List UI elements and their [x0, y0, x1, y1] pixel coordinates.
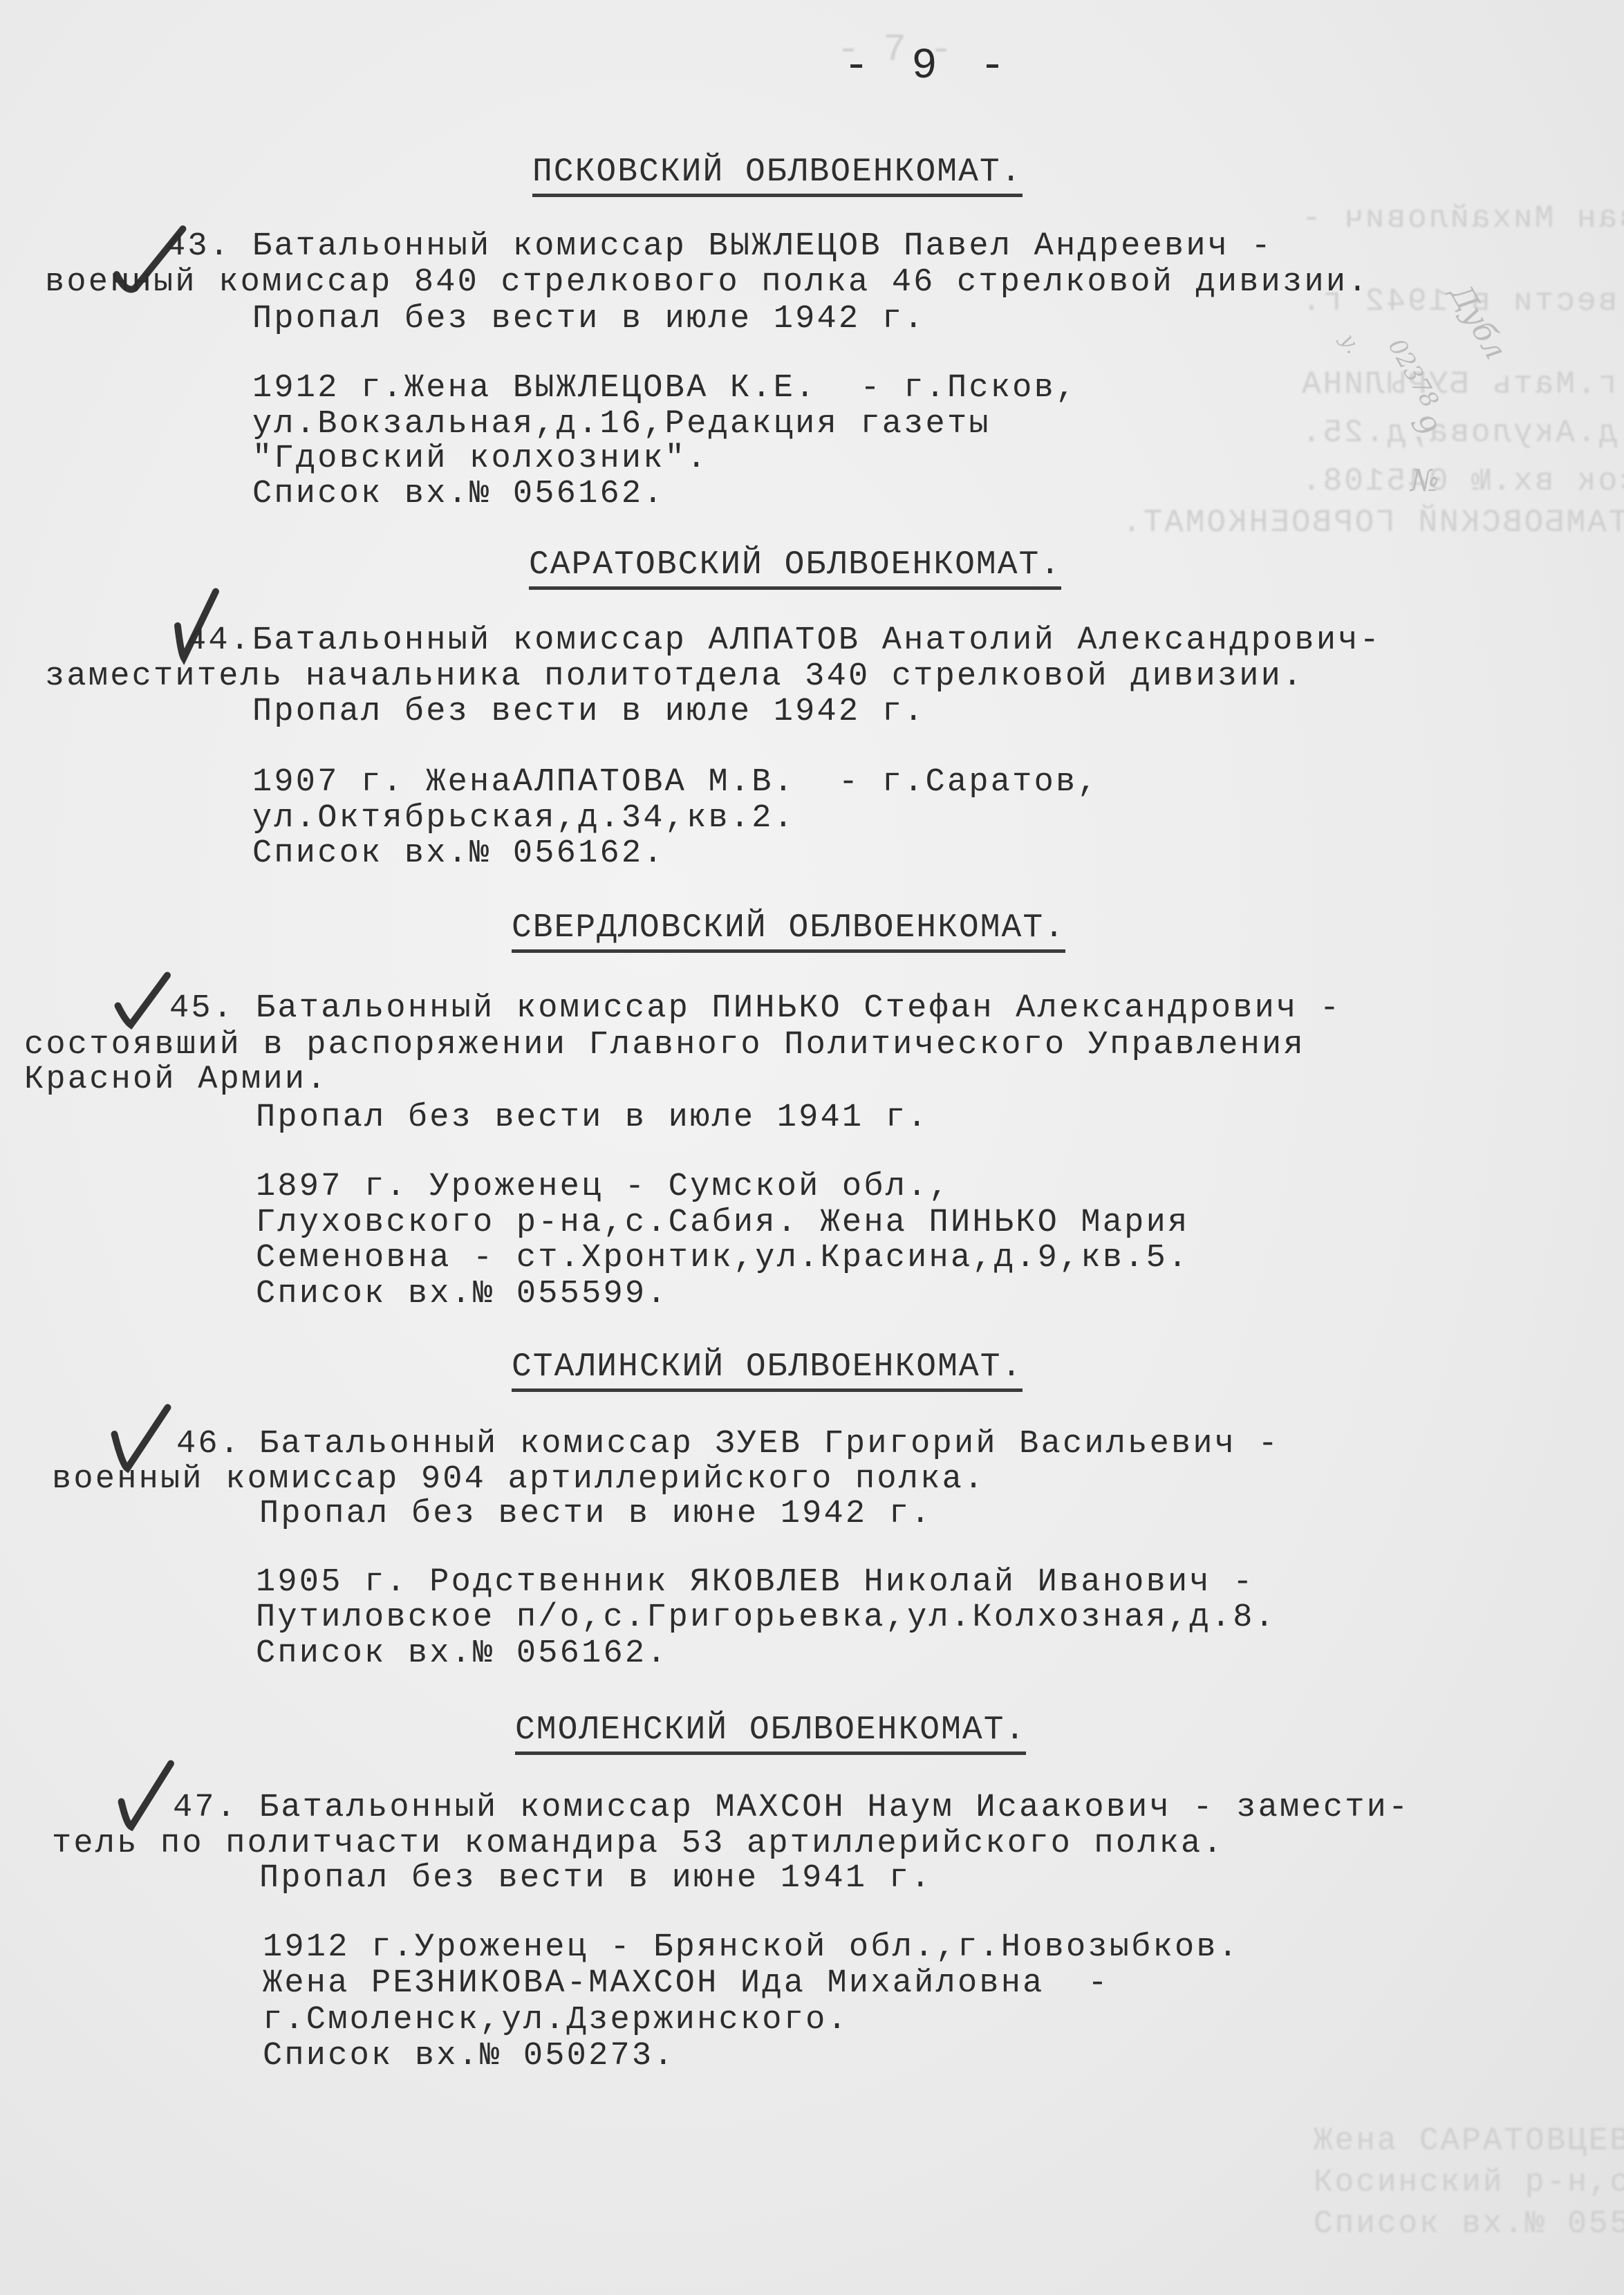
entry-number: 43.: [166, 228, 231, 265]
entry-line: военный комиссар 904 артиллерийского пол…: [52, 1461, 985, 1498]
entry-line: военный комиссар 840 стрелкового полка 4…: [45, 264, 1370, 301]
entry-detail: 1905 г. Родственник ЯКОВЛЕВ Николай Иван…: [256, 1564, 1255, 1601]
entry-line: состоявший в распоряжении Главного Полит…: [24, 1027, 1305, 1063]
entry-line: заместитель начальника политотдела 340 с…: [45, 658, 1304, 695]
entry-detail: 1907 г. ЖенаАЛПАТОВА М.В. - г.Саратов,: [252, 764, 1099, 801]
entry-line: Пропал без вести в июле 1941 г.: [256, 1099, 929, 1136]
entry-line: Батальонный комиссар ПИНЬКО Стефан Алекс…: [256, 990, 1341, 1027]
entry-detail: 1897 г. Уроженец - Сумской обл.,: [256, 1169, 951, 1205]
bleed-through-text: Список вх.№ 055954.: [1314, 2206, 1624, 2242]
section-heading-pskov: ПСКОВСКИЙ ОБЛВОЕНКОМАТ.: [532, 154, 1023, 197]
entry-line: Пропал без вести в июне 1941 г.: [259, 1860, 933, 1897]
entry-detail: ул.Вокзальная,д.16,Редакция газеты: [252, 406, 991, 443]
entry-line: Пропал без вести в июле 1942 г.: [252, 301, 926, 337]
handwritten-note: №: [1410, 463, 1439, 499]
entry-detail: Семеновна - ст.Хронтик,ул.Красина,д.9,кв…: [256, 1240, 1189, 1276]
entry-number: 44.: [187, 622, 252, 659]
entry-line: Батальонный комиссар АЛПАТОВ Анатолий Ал…: [252, 622, 1381, 659]
entry-line: Красной Армии.: [24, 1061, 328, 1098]
entry-detail: Глуховского р-на,с.Сабия. Жена ПИНЬКО Ма…: [256, 1205, 1189, 1241]
entry-detail: Список вх.№ 050273.: [263, 2038, 675, 2074]
entry-detail: 1912 г.Уроженец - Брянской обл.,г.Новозы…: [263, 1929, 1240, 1966]
entry-line: Батальонный комиссар ВЫЖЛЕЦОВ Павел Андр…: [252, 228, 1273, 265]
section-heading-stalino: СТАЛИНСКИЙ ОБЛВОЕНКОМАТ.: [512, 1348, 1023, 1392]
bleed-through-text: д.Акулова,д.25.: [1300, 415, 1617, 451]
section-heading-sverdlovsk: СВЕРДЛОВСКИЙ ОБЛВОЕНКОМАТ.: [512, 909, 1065, 953]
section-heading-smolensk: СМОЛЕНСКИЙ ОБЛВОЕНКОМАТ.: [515, 1711, 1026, 1755]
bleed-through-text: Косинский р-н,с.Коса,Проезжая ул.,д.2.: [1314, 2164, 1624, 2200]
entry-detail: Список вх.№ 055599.: [256, 1276, 669, 1312]
bleed-through-text: Жена САРАТОВЦЕВА Прасковья Ефимовна -: [1314, 2123, 1624, 2159]
bleed-through-text: 1905 г.Мать БУРЫЛИНА: [1300, 366, 1624, 402]
page-number: - 9 -: [843, 41, 1014, 91]
entry-line: Пропал без вести в июле 1942 г.: [252, 694, 926, 730]
entry-detail: ул.Октябрьская,д.34,кв.2.: [252, 800, 795, 837]
entry-line: Батальонный комиссар МАХСОН Наум Исааков…: [259, 1790, 1410, 1826]
entry-detail: Жена РЕЗНИКОВА-МАХСОН Ида Михайловна -: [263, 1965, 1110, 2002]
entry-number: 47.: [173, 1790, 238, 1826]
entry-detail: Список вх.№ 056162.: [252, 476, 665, 512]
bleed-through-text: ТАМБОВСКИЙ ГОРВОЕНКОМАТ.: [1120, 505, 1624, 541]
entry-number: 45.: [169, 990, 234, 1027]
entry-detail: Список вх.№ 056162.: [252, 835, 665, 872]
entry-line: Пропал без вести в июне 1942 г.: [259, 1496, 933, 1532]
entry-detail: г.Смоленск,ул.Дзержинского.: [263, 2002, 849, 2038]
bleed-through-text: Список вх.№ 045108.: [1300, 463, 1624, 499]
bleed-through-text: 38. Батальонный комиссар БУРЫЛИН Иван Ми…: [1300, 201, 1624, 236]
entry-detail: "Гдовский колхозник".: [252, 440, 709, 477]
entry-number: 46.: [176, 1426, 241, 1462]
entry-detail: Список вх.№ 056162.: [256, 1635, 669, 1672]
entry-line: тель по политчасти командира 53 артиллер…: [52, 1825, 1224, 1862]
entry-detail: Путиловское п/о,с.Григорьевка,ул.Колхозн…: [256, 1599, 1276, 1636]
entry-detail: 1912 г.Жена ВЫЖЛЕЦОВА К.Е. - г.Псков,: [252, 370, 1077, 407]
section-heading-saratov: САРАТОВСКИЙ ОБЛВОЕНКОМАТ.: [529, 546, 1061, 590]
entry-line: Батальонный комиссар ЗУЕВ Григорий Васил…: [259, 1426, 1280, 1462]
